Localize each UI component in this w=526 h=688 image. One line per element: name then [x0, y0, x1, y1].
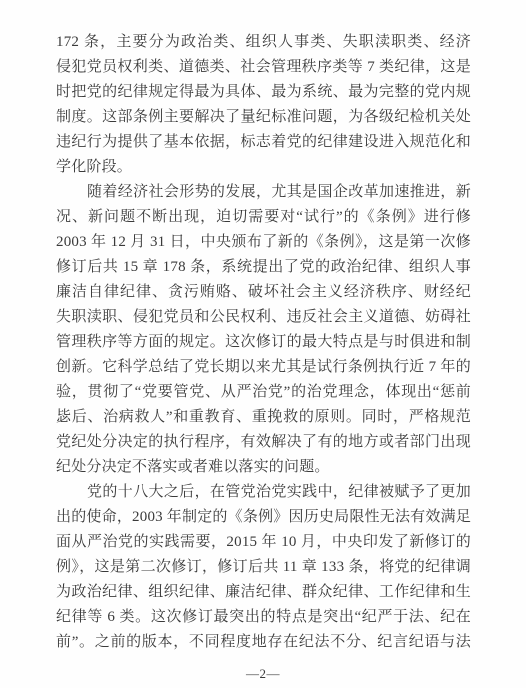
text-line: 出的使命，2003 年制定的《条例》因历史局限性无法有效满足全	[56, 505, 471, 530]
text-line: 廉洁自律纪律、贪污贿赂、破坏社会主义经济秩序、财经纪律、	[56, 280, 471, 305]
paragraph: 172 条，主要分为政治类、组织人事类、失职渎职类、经济类、侵犯党员权利类、道德…	[56, 30, 471, 180]
text-line: 时把党的纪律规定得最为具体、最为系统、最为完整的党内规章	[56, 80, 471, 105]
text-line: 管理秩序等方面的规定。这次修订的最大特点是与时俱进和制度	[56, 330, 471, 355]
text-line: 况、新问题不断出现，迫切需要对“试行”的《条例》进行修订。	[56, 205, 471, 230]
text-line: 验，贯彻了“党要管党、从严治党”的治党理念，体现出“惩前	[56, 380, 471, 405]
text-line: 172 条，主要分为政治类、组织人事类、失职渎职类、经济类、	[56, 30, 471, 55]
text-line: 前”。之前的版本，不同程度地存在纪法不分、纪言纪语与法言	[56, 630, 471, 655]
text-line: 党纪处分决定的执行程序，有效解决了有的地方或者部门出现党	[56, 430, 471, 455]
text-block: 172 条，主要分为政治类、组织人事类、失职渎职类、经济类、侵犯党员权利类、道德…	[56, 30, 471, 655]
text-line: 修订后共 15 章 178 条，系统提出了党的政治纪律、组织人事纪律、	[56, 255, 471, 280]
paragraph: 党的十八大之后，在管党治党实践中，纪律被赋予了更加突出的使命，2003 年制定的…	[56, 480, 471, 655]
text-line: 制度。这部条例主要解决了量纪标准问题，为各级纪检机关处理	[56, 105, 471, 130]
text-line: 失职渎职、侵犯党员和公民权利、违反社会主义道德、妨碍社会	[56, 305, 471, 330]
document-page: 172 条，主要分为政治类、组织人事类、失职渎职类、经济类、侵犯党员权利类、道德…	[0, 0, 526, 688]
text-line: 2003 年 12 月 31 日，中央颁布了新的《条例》，这是第一次修订，	[56, 230, 471, 255]
text-line: 党的十八大之后，在管党治党实践中，纪律被赋予了更加突	[56, 480, 471, 505]
text-line: 纪律等 6 类。这次修订最突出的特点是突出“纪严于法、纪在法	[56, 605, 471, 630]
text-line: 毖后、治病救人”和重教育、重挽救的原则。同时，严格规范了	[56, 405, 471, 430]
text-line: 为政治纪律、组织纪律、廉洁纪律、群众纪律、工作纪律和生活	[56, 580, 471, 605]
text-line: 学化阶段。	[56, 155, 471, 180]
text-line: 侵犯党员权利类、道德类、社会管理秩序类等 7 类纪律，这是当	[56, 55, 471, 80]
page-number: —2—	[0, 666, 526, 682]
paragraph: 随着经济社会形势的发展，尤其是国企改革加速推进，新情况、新问题不断出现，迫切需要…	[56, 180, 471, 480]
text-line: 创新。它科学总结了党长期以来尤其是试行条例执行近 7 年的经	[56, 355, 471, 380]
text-line: 违纪行为提供了基本依据，标志着党的纪律建设进入规范化和科	[56, 130, 471, 155]
text-line: 例》，这是第二次修订，修订后共 11 章 133 条，将党的纪律调整	[56, 555, 471, 580]
text-line: 随着经济社会形势的发展，尤其是国企改革加速推进，新情	[56, 180, 471, 205]
text-line: 面从严治党的实践需要，2015 年 10 月，中央印发了新修订的《条	[56, 530, 471, 555]
text-line: 纪处分决定不落实或者难以落实的问题。	[56, 455, 471, 480]
